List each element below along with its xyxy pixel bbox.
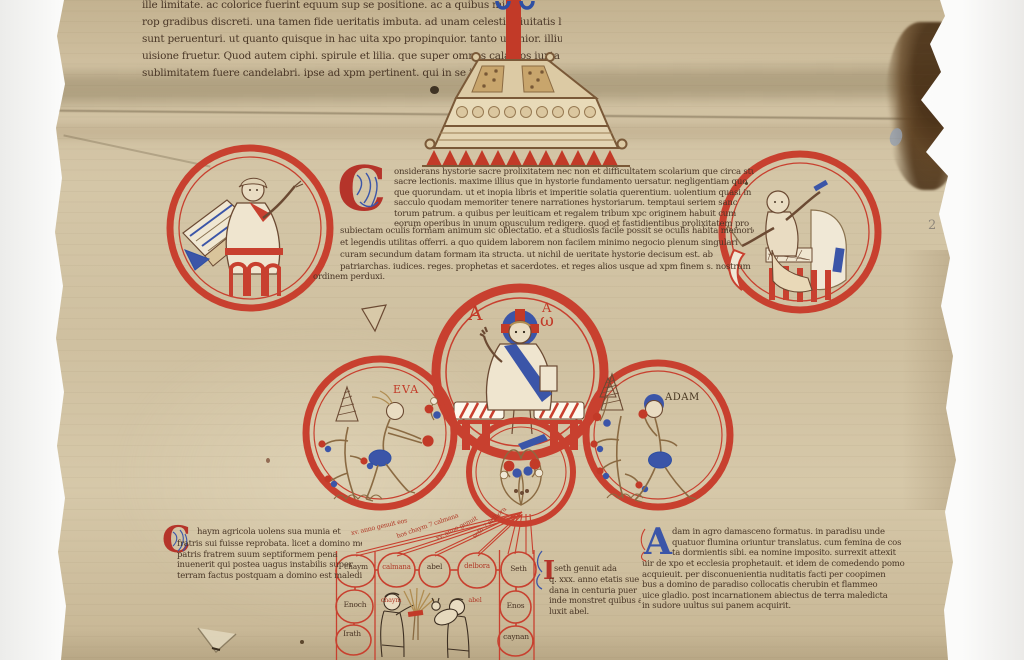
author-figure: [226, 178, 303, 274]
genealogy-name-enos: Enos: [500, 601, 531, 610]
text-line: et legendis utilitas offerri. a quo quid…: [340, 238, 754, 250]
genealogy-name-delbora: delbora: [458, 562, 496, 570]
prologue-lines-upper: onsiderans hystorie sacre prolixitatem n…: [394, 167, 754, 229]
initial-filigree: [354, 172, 382, 214]
text-line: inuenerit qui postea uagus instabilis su…: [177, 560, 362, 571]
prologue-lines-lower: subiectam oculis formam animum sic oblec…: [340, 226, 754, 274]
text-line: uir de xpo et ecclesia prophetauit. et i…: [642, 559, 908, 570]
author-medallion-left: [165, 138, 337, 330]
text-line: subiectam oculis formam animum sic oblec…: [340, 226, 754, 238]
scribe-knife: [813, 180, 828, 191]
eva-label: EVA: [393, 383, 419, 396]
genealogy-name-caynan: caynan: [498, 632, 534, 641]
parchment-crease: [196, 626, 240, 656]
omega-letter: ω: [540, 311, 554, 331]
illuminated-initial-a: A: [644, 524, 672, 560]
gospel-book: [540, 366, 557, 391]
seth-text-lines: q. xxx. anno etatis sue dana in centuria…: [549, 574, 641, 617]
forbidden-fruit: [638, 409, 647, 418]
text-line: fratris sui fuisse reprobata. licet a do…: [177, 539, 362, 550]
text-line: inde monstret quibus adam: [549, 595, 641, 606]
seth-text-first-line: seth genuit ada: [554, 563, 632, 573]
text-line: ta dormientis sibi. ea nomine imposito. …: [672, 548, 906, 559]
eva-figure: [366, 391, 422, 501]
text-line: in sudore uultus sui panem acquirit.: [642, 601, 908, 612]
pedestal-scallops: [457, 107, 596, 118]
cain-text-first-line: haym agricola uolens sua munia et: [197, 527, 357, 537]
initial-filigree-red: [638, 528, 648, 562]
genealogy-name-enoch: Enoch: [337, 600, 373, 609]
text-line: dam in agro damasceno formatus. in parad…: [672, 527, 906, 538]
alpha-letter: A: [467, 301, 483, 325]
text-line: quatuor flumina oriuntur translatus. cum…: [672, 538, 906, 549]
text-line: luxit abel.: [549, 606, 641, 617]
text-line: acquieuit. per disconuenientia nuditatis…: [642, 570, 908, 581]
folio-number: 2: [928, 218, 936, 233]
wheat-sheaf: [404, 588, 434, 640]
abel-figure: [432, 598, 469, 658]
blue-hook-icon: [521, 1, 533, 8]
text-line: q. xxx. anno etatis sue: [549, 574, 641, 585]
prologue-last-line: ordinem perduxi.: [313, 272, 433, 282]
manuscript-photo: ille limitate. ac colorice fuerint equum…: [0, 0, 1024, 660]
text-line: que quorundam. ut et inopia libris et im…: [394, 188, 754, 198]
leaf-girdle: [649, 452, 672, 468]
text-line: onsiderans hystorie sacre prolixitatem n…: [394, 167, 754, 177]
leaf-girdle: [369, 450, 391, 466]
adam-label: ADAM: [664, 392, 700, 403]
text-line: bus a domino de paradiso collocatis cher…: [642, 580, 908, 591]
genealogy-name-calmana: calmana: [378, 563, 415, 571]
medallion-pendant: [360, 305, 388, 333]
text-line: curam secundum datam formam ita structa.…: [340, 250, 754, 262]
berry-sprig-left: [420, 390, 450, 426]
cain-text-lines: fratris sui fuisse reprobata. licet a do…: [177, 539, 362, 581]
genealogy-name-abel: abel: [419, 562, 450, 571]
genealogy-name-seth: Seth: [501, 564, 536, 573]
text-line: sacculo quodam memoriter tenere narratio…: [394, 198, 754, 208]
adam-text-upper-lines: dam in agro damasceno formatus. in parad…: [672, 527, 906, 559]
blue-hook-icon: [497, 1, 509, 8]
abel-figure-label: abel: [464, 596, 486, 604]
adam-text-lower-lines: uir de xpo et ecclesia prophetauit. et i…: [642, 559, 908, 612]
genealogy-name-irath: Irath: [334, 629, 370, 638]
text-line: torum patrum. a quibus per leuiticam et …: [394, 209, 754, 219]
text-line: terram factus postquam a domino est male…: [177, 571, 362, 582]
text-line: dana in centuria puer: [549, 585, 641, 596]
text-line: sacre lectionis. maxime illius que in hy…: [394, 177, 754, 187]
medallion-ring: [306, 359, 454, 507]
zigzag-band: [422, 150, 630, 166]
text-line: uice gladio. post incarnationem abiectus…: [642, 591, 908, 602]
cain-figure-label: chaym: [377, 596, 405, 604]
text-line: patris fratrem suum septiformem pena: [177, 550, 362, 561]
berry-sprig-right: [588, 375, 628, 437]
forbidden-fruit: [422, 435, 433, 446]
